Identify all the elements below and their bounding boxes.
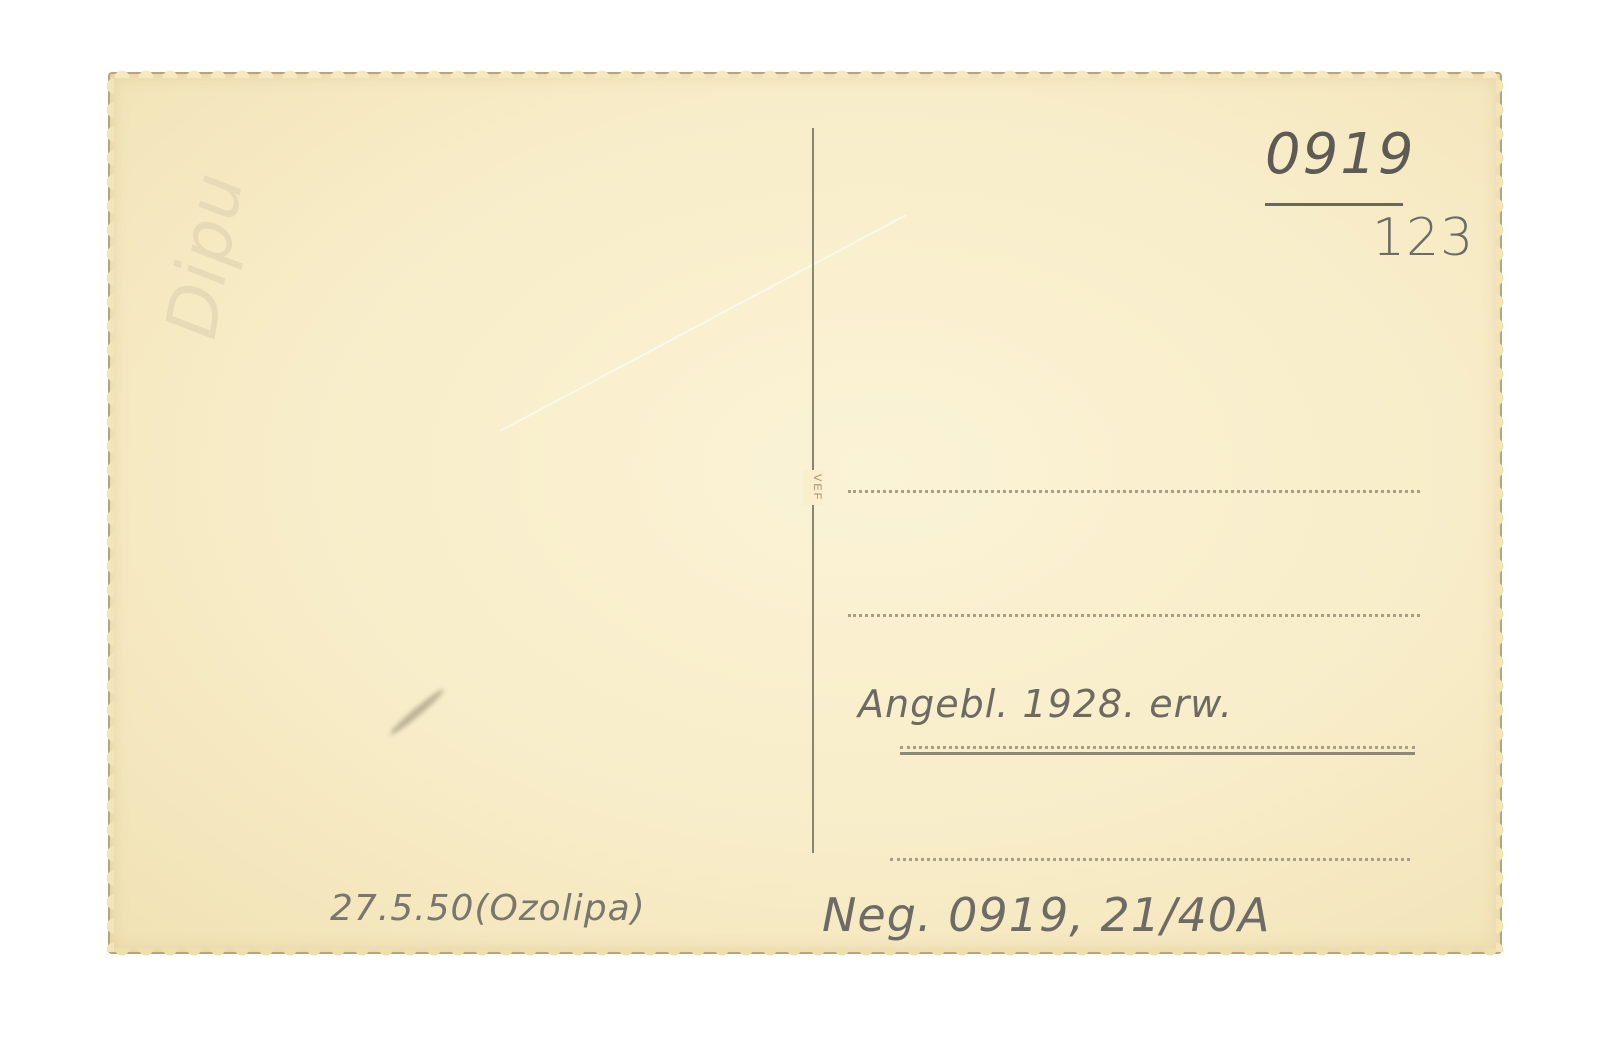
archive-code-underline: [1265, 203, 1403, 206]
address-note-underline: [900, 752, 1415, 755]
scalloped-edge-right: [1496, 74, 1506, 952]
divider-printed-label: VEF: [803, 470, 823, 505]
scalloped-edge-bottom: [110, 948, 1500, 958]
address-line-4: [890, 858, 1410, 861]
address-line-3: [900, 746, 1415, 749]
archive-code-annotation: 0919: [1265, 122, 1416, 187]
negative-number-annotation: Neg. 0919, 21/40A: [822, 888, 1271, 942]
scalloped-edge-top: [110, 68, 1500, 78]
date-annotation: 27.5.50(Ozolipa): [330, 888, 646, 929]
address-line-1: [848, 490, 1420, 493]
archive-number-annotation: 123: [1372, 208, 1474, 268]
address-note-annotation: Angebl. 1928. erw.: [858, 682, 1233, 726]
address-line-2: [848, 614, 1420, 617]
scalloped-edge-left: [104, 74, 114, 952]
